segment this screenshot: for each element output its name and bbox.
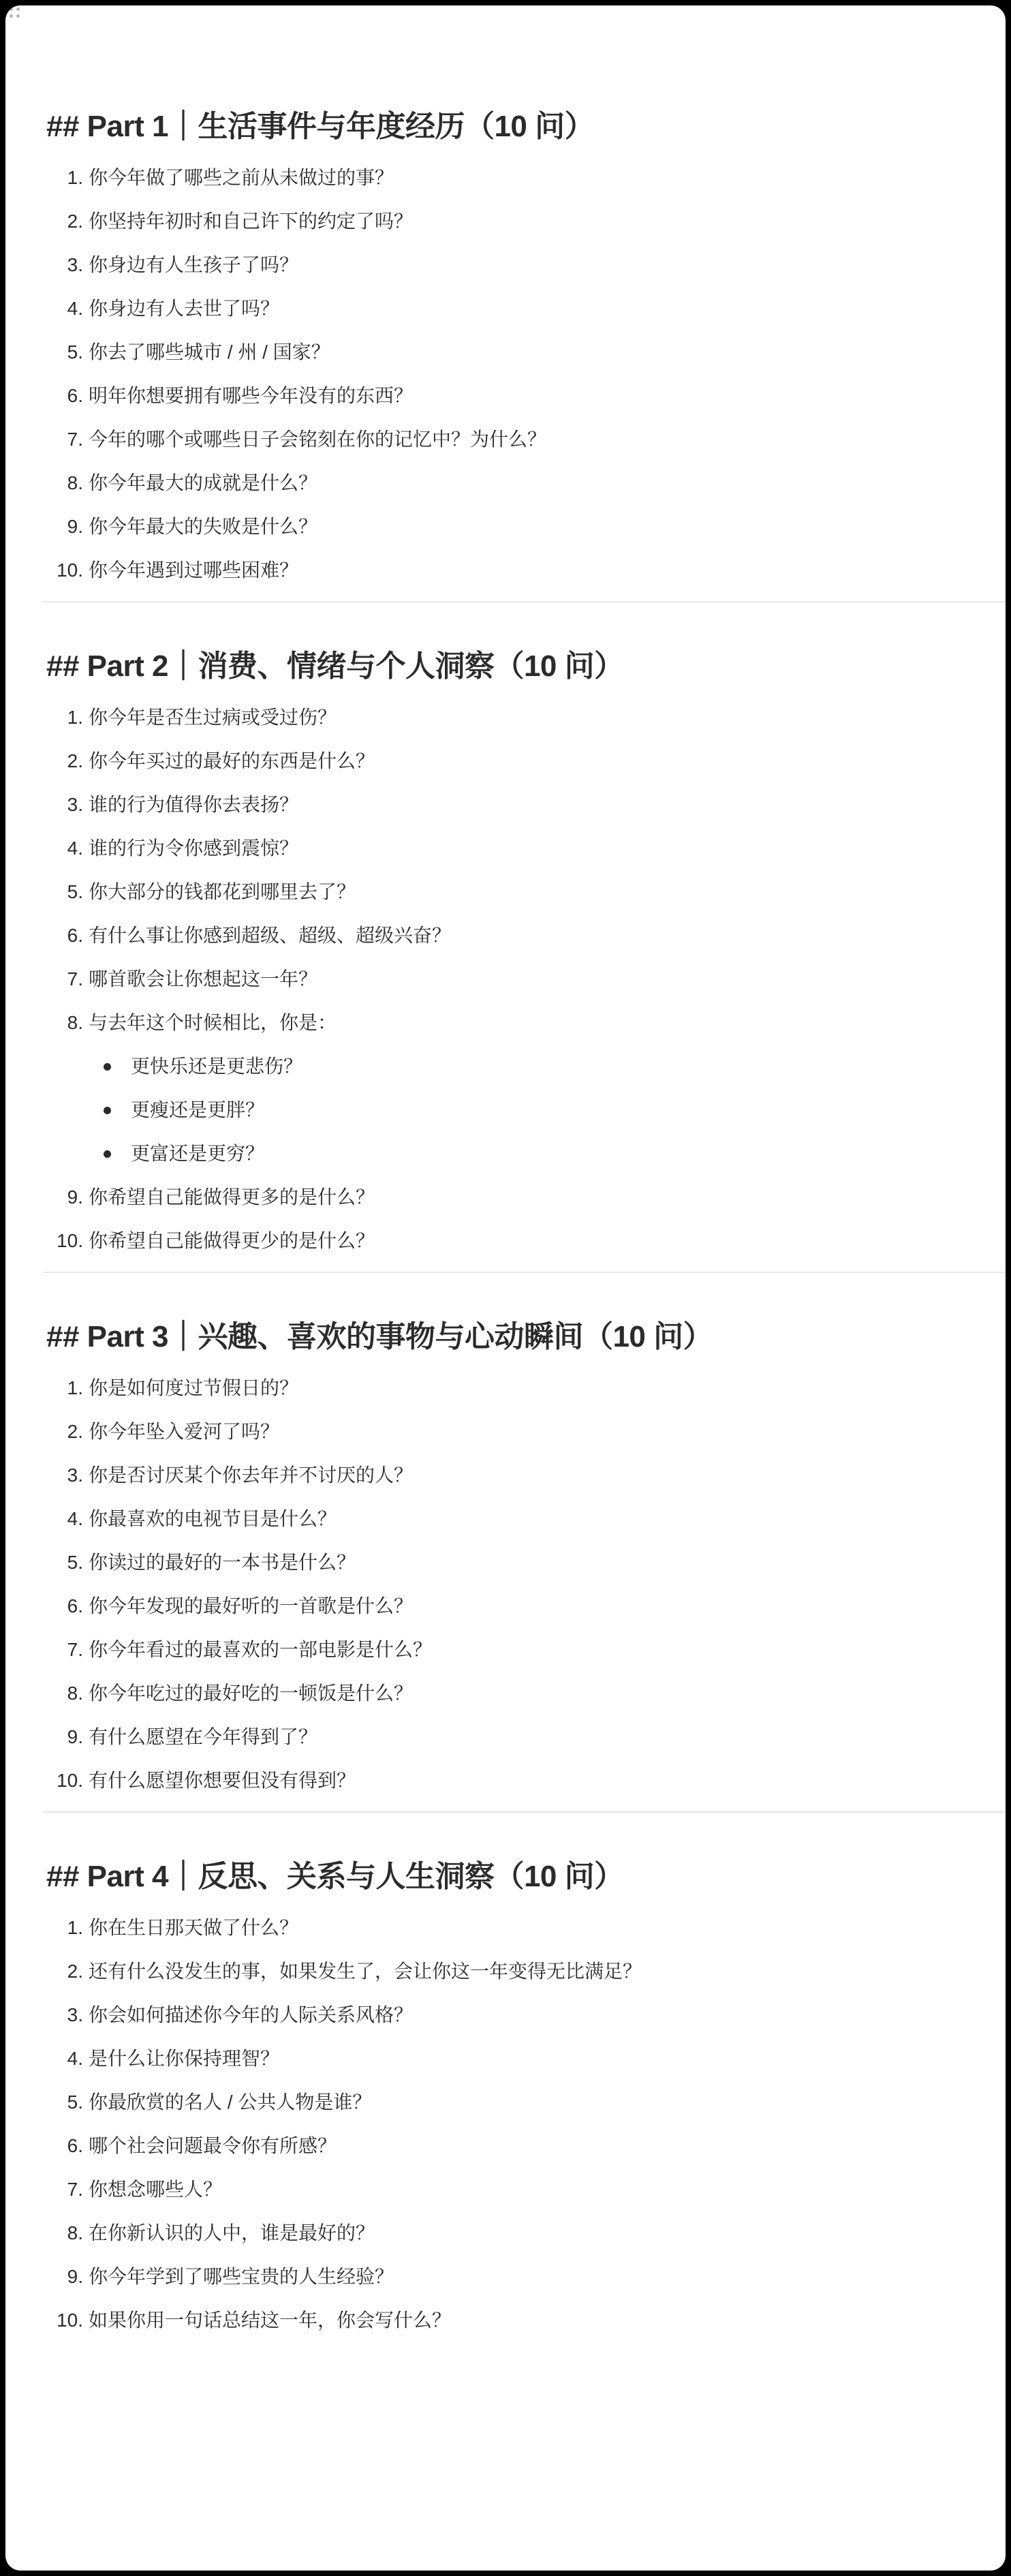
item-number: 5. — [41, 2081, 83, 2124]
question-text: 谁的行为值得你去表扬？ — [89, 783, 298, 827]
question-text: 是什么让你保持理智？ — [89, 2037, 279, 2081]
section-divider — [43, 1272, 1006, 1273]
drag-dot — [10, 14, 13, 18]
question-list: 1.你今年是否生过病或受过伤？ 2.你今年买过的最好的东西是什么？ 3.谁的行为… — [5, 696, 1006, 1263]
item-number: 7. — [41, 2168, 83, 2211]
section-part-3: ## Part 3｜兴趣、喜欢的事物与心动瞬间（10 问） 1.你是如何度过节假… — [5, 1318, 1006, 1813]
question-text: 你会如何描述你今年的人际关系风格？ — [89, 1993, 413, 2037]
list-item: 7.今年的哪个或哪些日子会铭刻在你的记忆中？为什么？ — [5, 418, 1006, 461]
list-item: 10.如果你用一句话总结这一年，你会写什么？ — [5, 2299, 1006, 2342]
list-item: 8.与去年这个时候相比，你是： 更快乐还是更悲伤？ 更瘦还是更胖？ 更富还是更穷… — [5, 1001, 1006, 1176]
item-number: 8. — [41, 461, 83, 505]
item-number: 2. — [41, 200, 83, 243]
item-number: 5. — [41, 870, 83, 914]
list-item: 6.你今年发现的最好听的一首歌是什么？ — [5, 1584, 1006, 1628]
list-item: 2.你今年坠入爱河了吗？ — [5, 1410, 1006, 1454]
item-number: 4. — [41, 2037, 83, 2081]
list-item: 4.你身边有人去世了吗？ — [5, 287, 1006, 331]
sub-list: 更快乐还是更悲伤？ 更瘦还是更胖？ 更富还是更穷？ — [5, 1045, 1006, 1176]
question-list: 1.你在生日那天做了什么？ 2.还有什么没发生的事，如果发生了，会让你这一年变得… — [5, 1906, 1006, 2342]
question-text: 你读过的最好的一本书是什么？ — [89, 1541, 356, 1584]
list-item: 9.你今年最大的失败是什么？ — [5, 505, 1006, 549]
section-heading: ## Part 2｜消费、情绪与个人洞察（10 问） — [46, 647, 1006, 686]
question-text: 在你新认识的人中，谁是最好的？ — [89, 2211, 375, 2255]
item-number: 7. — [41, 957, 83, 1001]
item-number: 7. — [41, 418, 83, 461]
bullet-icon — [104, 1150, 111, 1158]
item-number: 1. — [41, 696, 83, 739]
question-text: 有什么愿望你想要但没有得到？ — [89, 1759, 356, 1803]
item-number: 9. — [41, 505, 83, 549]
sub-item-text: 更富还是更穷？ — [131, 1132, 264, 1176]
list-item: 8.在你新认识的人中，谁是最好的？ — [5, 2211, 1006, 2255]
drag-dot — [16, 14, 20, 18]
document-card: ## Part 1｜生活事件与年度经历（10 问） 1.你今年做了哪些之前从未做… — [5, 5, 1006, 2571]
drag-handle-icon[interactable] — [10, 7, 25, 22]
list-item: 1.你在生日那天做了什么？ — [5, 1906, 1006, 1950]
question-text: 有什么事让你感到超级、超级、超级兴奋？ — [89, 914, 451, 957]
item-number: 10. — [41, 1219, 83, 1263]
question-text: 哪个社会问题最令你有所感？ — [89, 2124, 337, 2168]
sub-list-item: 更富还是更穷？ — [5, 1132, 1006, 1176]
bullet-icon — [104, 1107, 111, 1114]
item-number: 4. — [41, 1497, 83, 1541]
item-number: 4. — [41, 287, 83, 331]
item-number: 10. — [41, 1759, 83, 1803]
list-item: 9.你希望自己能做得更多的是什么？ — [5, 1176, 1006, 1219]
list-item: 5.你大部分的钱都花到哪里去了？ — [5, 870, 1006, 914]
question-text: 你今年坠入爱河了吗？ — [89, 1410, 279, 1454]
item-number: 6. — [41, 2124, 83, 2168]
list-item: 3.你会如何描述你今年的人际关系风格？ — [5, 1993, 1006, 2037]
section-heading: ## Part 3｜兴趣、喜欢的事物与心动瞬间（10 问） — [46, 1318, 1006, 1356]
question-text: 如果你用一句话总结这一年，你会写什么？ — [89, 2299, 451, 2342]
item-number: 8. — [41, 1001, 83, 1045]
list-item: 3.谁的行为值得你去表扬？ — [5, 783, 1006, 827]
list-item: 6.哪个社会问题最令你有所感？ — [5, 2124, 1006, 2168]
section-part-4: ## Part 4｜反思、关系与人生洞察（10 问） 1.你在生日那天做了什么？… — [5, 1858, 1006, 2342]
list-item: 6.有什么事让你感到超级、超级、超级兴奋？ — [5, 914, 1006, 957]
item-number: 8. — [41, 1672, 83, 1715]
question-text: 你今年买过的最好的东西是什么？ — [89, 739, 375, 783]
item-number: 1. — [41, 156, 83, 200]
list-item: 7.哪首歌会让你想起这一年？ — [5, 957, 1006, 1001]
item-number: 1. — [41, 1906, 83, 1950]
question-text: 你最欣赏的名人 / 公共人物是谁？ — [89, 2081, 371, 2124]
item-number: 2. — [41, 1410, 83, 1454]
question-text: 你希望自己能做得更多的是什么？ — [89, 1176, 375, 1219]
section-divider — [43, 601, 1006, 602]
item-number: 3. — [41, 1993, 83, 2037]
list-item: 5.你读过的最好的一本书是什么？ — [5, 1541, 1006, 1584]
bullet-icon — [104, 1063, 111, 1071]
list-item: 2.还有什么没发生的事，如果发生了，会让你这一年变得无比满足？ — [5, 1950, 1006, 1993]
list-item: 6.明年你想要拥有哪些今年没有的东西？ — [5, 374, 1006, 418]
sub-item-text: 更快乐还是更悲伤？ — [131, 1045, 302, 1088]
item-number: 3. — [41, 243, 83, 287]
item-number: 5. — [41, 331, 83, 374]
question-text: 你身边有人去世了吗？ — [89, 287, 279, 331]
question-list: 1.你今年做了哪些之前从未做过的事？ 2.你坚持年初时和自己许下的约定了吗？ 3… — [5, 156, 1006, 592]
item-number: 6. — [41, 1584, 83, 1628]
list-item: 1.你是如何度过节假日的？ — [5, 1366, 1006, 1410]
question-text: 你今年学到了哪些宝贵的人生经验？ — [89, 2255, 394, 2299]
question-list: 1.你是如何度过节假日的？ 2.你今年坠入爱河了吗？ 3.你是否讨厌某个你去年并… — [5, 1366, 1006, 1803]
list-item: 4.是什么让你保持理智？ — [5, 2037, 1006, 2081]
question-text: 你在生日那天做了什么？ — [89, 1906, 298, 1950]
section-divider — [43, 1811, 1006, 1813]
question-text: 有什么愿望在今年得到了？ — [89, 1715, 317, 1759]
question-text: 你今年做了哪些之前从未做过的事？ — [89, 156, 394, 200]
question-text: 你今年遇到过哪些困难？ — [89, 549, 298, 592]
list-item: 9.你今年学到了哪些宝贵的人生经验？ — [5, 2255, 1006, 2299]
item-number: 1. — [41, 1366, 83, 1410]
list-item: 2.你坚持年初时和自己许下的约定了吗？ — [5, 200, 1006, 243]
question-text: 哪首歌会让你想起这一年？ — [89, 957, 317, 1001]
item-number: 6. — [41, 914, 83, 957]
list-item: 10.有什么愿望你想要但没有得到？ — [5, 1759, 1006, 1803]
question-text: 你今年发现的最好听的一首歌是什么？ — [89, 1584, 413, 1628]
sub-list-item: 更瘦还是更胖？ — [5, 1088, 1006, 1132]
question-text: 你身边有人生孩子了吗？ — [89, 243, 298, 287]
item-number: 3. — [41, 1454, 83, 1497]
question-text: 与去年这个时候相比，你是： — [89, 1001, 337, 1045]
list-item: 4.谁的行为令你感到震惊？ — [5, 827, 1006, 870]
item-number: 4. — [41, 827, 83, 870]
item-number: 2. — [41, 739, 83, 783]
list-item: 7.你今年看过的最喜欢的一部电影是什么？ — [5, 1628, 1006, 1672]
item-number: 7. — [41, 1628, 83, 1672]
list-item: 3.你是否讨厌某个你去年并不讨厌的人？ — [5, 1454, 1006, 1497]
list-item: 1.你今年做了哪些之前从未做过的事？ — [5, 156, 1006, 200]
list-item: 8.你今年最大的成就是什么？ — [5, 461, 1006, 505]
section-heading: ## Part 1｜生活事件与年度经历（10 问） — [46, 108, 1006, 146]
question-text: 你大部分的钱都花到哪里去了？ — [89, 870, 356, 914]
list-item: 8.你今年吃过的最好吃的一顿饭是什么？ — [5, 1672, 1006, 1715]
question-text: 你今年最大的成就是什么？ — [89, 461, 317, 505]
item-number: 9. — [41, 2255, 83, 2299]
list-item: 7.你想念哪些人？ — [5, 2168, 1006, 2211]
question-text: 你今年最大的失败是什么？ — [89, 505, 317, 549]
list-item: 9.有什么愿望在今年得到了？ — [5, 1715, 1006, 1759]
question-text: 你最喜欢的电视节目是什么？ — [89, 1497, 337, 1541]
list-item: 4.你最喜欢的电视节目是什么？ — [5, 1497, 1006, 1541]
question-text: 你今年看过的最喜欢的一部电影是什么？ — [89, 1628, 432, 1672]
question-text: 你是如何度过节假日的？ — [89, 1366, 298, 1410]
list-item: 2.你今年买过的最好的东西是什么？ — [5, 739, 1006, 783]
list-item: 10.你今年遇到过哪些困难？ — [5, 549, 1006, 592]
question-text: 你去了哪些城市 / 州 / 国家？ — [89, 331, 330, 374]
list-item: 5.你去了哪些城市 / 州 / 国家？ — [5, 331, 1006, 374]
sub-item-text: 更瘦还是更胖？ — [131, 1088, 264, 1132]
drag-dot — [10, 7, 13, 11]
item-number: 8. — [41, 2211, 83, 2255]
item-number: 2. — [41, 1950, 83, 1993]
question-text: 你想念哪些人？ — [89, 2168, 222, 2211]
section-heading: ## Part 4｜反思、关系与人生洞察（10 问） — [46, 1858, 1006, 1896]
item-number: 5. — [41, 1541, 83, 1584]
question-text: 你是否讨厌某个你去年并不讨厌的人？ — [89, 1454, 413, 1497]
question-text: 你坚持年初时和自己许下的约定了吗？ — [89, 200, 413, 243]
list-item: 10.你希望自己能做得更少的是什么？ — [5, 1219, 1006, 1263]
list-item: 5.你最欣赏的名人 / 公共人物是谁？ — [5, 2081, 1006, 2124]
question-text: 你今年吃过的最好吃的一顿饭是什么？ — [89, 1672, 413, 1715]
item-number: 6. — [41, 374, 83, 418]
question-text: 今年的哪个或哪些日子会铭刻在你的记忆中？为什么？ — [89, 418, 546, 461]
list-item: 3.你身边有人生孩子了吗？ — [5, 243, 1006, 287]
question-text: 还有什么没发生的事，如果发生了，会让你这一年变得无比满足？ — [89, 1950, 642, 1993]
section-part-1: ## Part 1｜生活事件与年度经历（10 问） 1.你今年做了哪些之前从未做… — [5, 108, 1006, 602]
question-text: 谁的行为令你感到震惊？ — [89, 827, 298, 870]
drag-dot — [16, 7, 20, 11]
document-content: ## Part 1｜生活事件与年度经历（10 问） 1.你今年做了哪些之前从未做… — [5, 108, 1006, 2342]
item-number: 9. — [41, 1176, 83, 1219]
question-text: 你今年是否生过病或受过伤？ — [89, 696, 337, 739]
item-number: 10. — [41, 549, 83, 592]
sub-list-item: 更快乐还是更悲伤？ — [5, 1045, 1006, 1088]
question-text: 你希望自己能做得更少的是什么？ — [89, 1219, 375, 1263]
item-number: 9. — [41, 1715, 83, 1759]
item-number: 3. — [41, 783, 83, 827]
item-number: 10. — [41, 2299, 83, 2342]
list-item: 1.你今年是否生过病或受过伤？ — [5, 696, 1006, 739]
section-part-2: ## Part 2｜消费、情绪与个人洞察（10 问） 1.你今年是否生过病或受过… — [5, 647, 1006, 1273]
question-text: 明年你想要拥有哪些今年没有的东西？ — [89, 374, 413, 418]
